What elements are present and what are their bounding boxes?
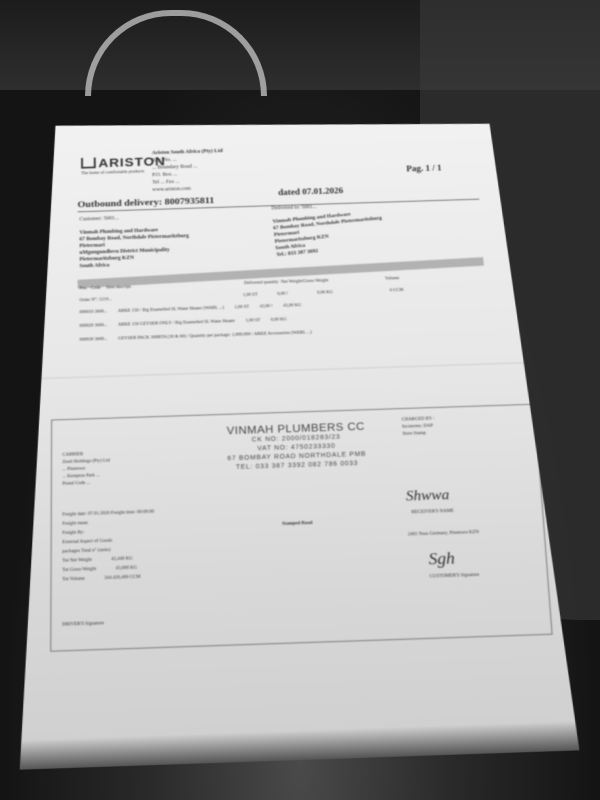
customer-signature: Sgh (428, 549, 455, 569)
paper-fold (23, 361, 549, 380)
customer-label: Customer: 5001... (79, 215, 118, 223)
page-number: Pag. 1 / 1 (406, 164, 442, 174)
carrier-block: CARRIER Zenit Holdings (Pty) Ltd... Pine… (62, 451, 110, 489)
company-block: Ariston South Africa (Pty) Ltd Reg. No. … (152, 148, 224, 194)
deliver-to-label: Delivered to: 5001... (271, 204, 316, 212)
delivery-note: ARISTON The home of comfortable products… (20, 111, 580, 770)
table-row: Order N°: 5219... 1,00 ST 0,00 ! 0,00 KG… (79, 288, 403, 303)
receiver-signature: Shwwa (405, 487, 449, 505)
ship-to-address: Vinmah Plumbing and Hardware67 Bombay Ro… (272, 208, 386, 258)
company-stamp: VINMAH PLUMBERS CC CK NO: 2000/018283/23… (227, 420, 367, 473)
table-row: 000020 3600... ARKE 150 GEYSER ONLY / Bi… (79, 318, 286, 329)
freight-block: Freight date: 07.01.2026 Freight time: 0… (62, 508, 155, 585)
house-icon (81, 158, 96, 169)
charged-by: CHARGED BY :Incoterms: DAPStore Stamp (402, 416, 436, 438)
sold-to-address: Vinmah Plumbing and Hardware67 Bombay Ro… (79, 226, 189, 270)
table-row: 000030 3600... GEYSER PACK 300BTA (30 & … (79, 331, 311, 343)
table-row: 000010 3600... ARKE 150 / Big Enamelled … (79, 304, 301, 315)
document-date: dated 07.01.2026 (278, 187, 343, 198)
logo-tagline: The home of comfortable products (81, 170, 144, 176)
paper-bottom-shadow (20, 721, 580, 770)
